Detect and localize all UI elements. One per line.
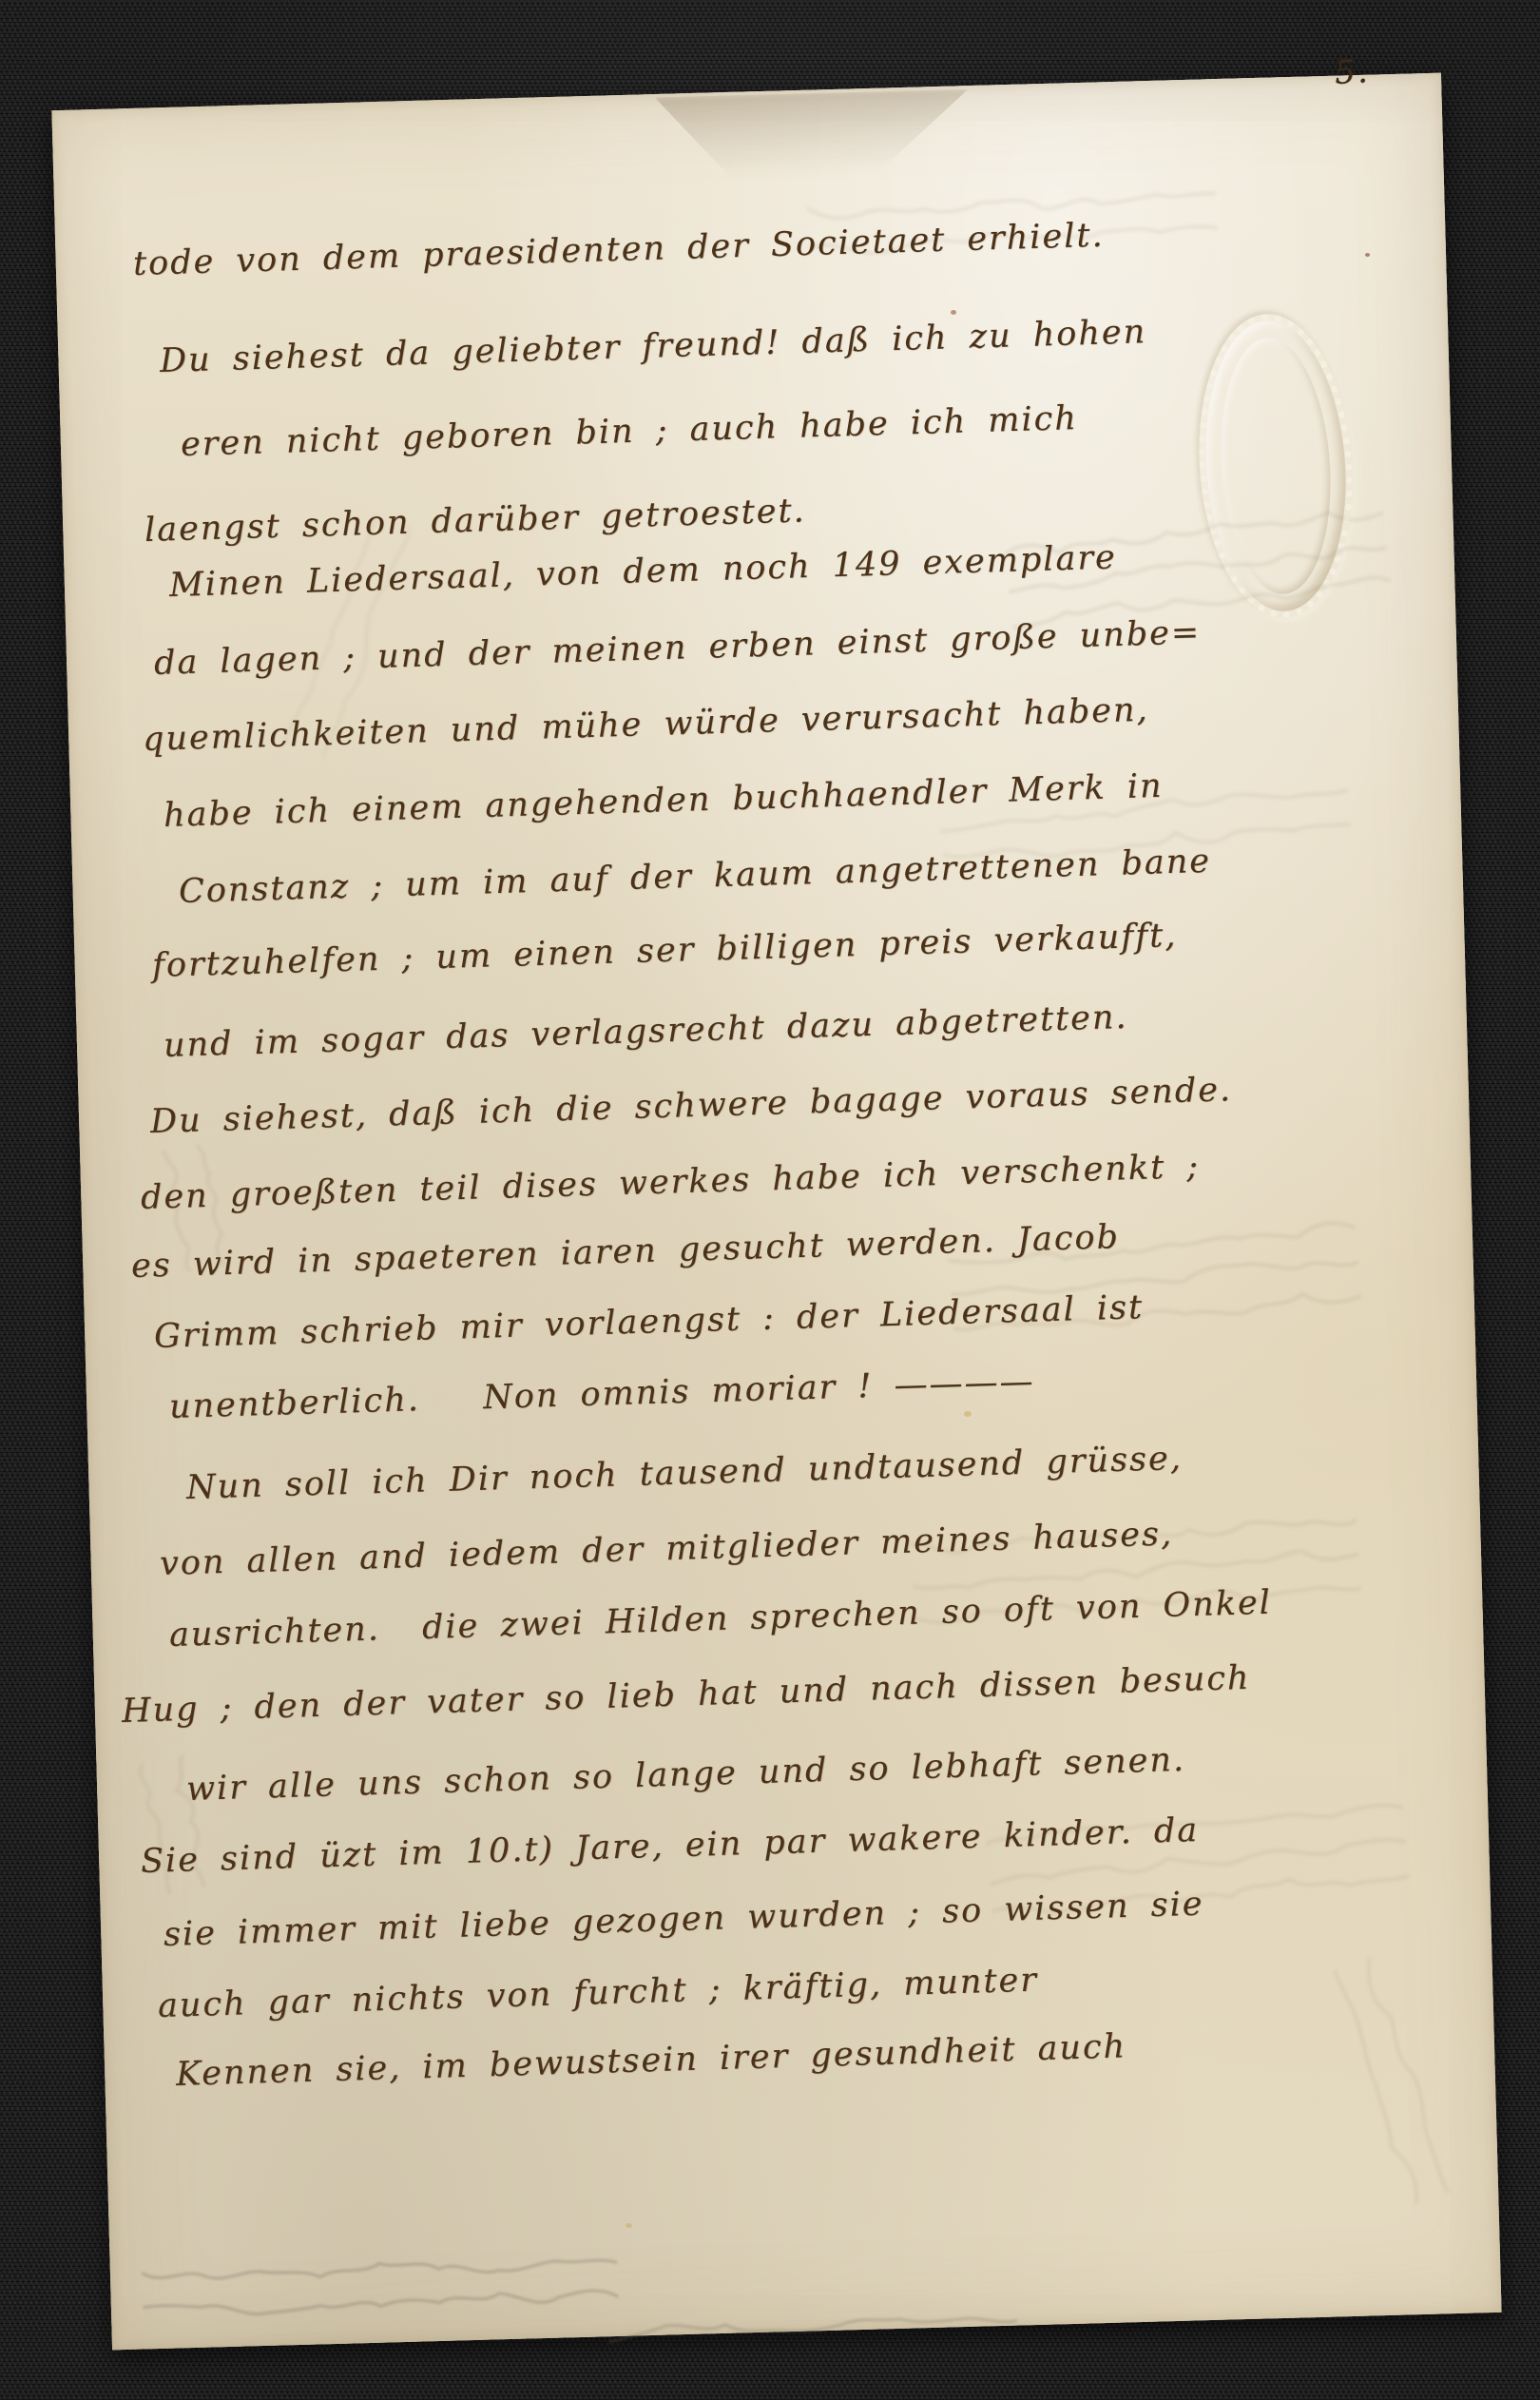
manuscript-line: sie immer mit liebe gezogen wurden ; so … — [163, 1886, 1204, 1954]
manuscript-line: den groeßten teil dises werkes habe ich … — [140, 1148, 1200, 1217]
manuscript-line: Grimm schrieb mir vorlaengst : der Liede… — [153, 1288, 1144, 1356]
manuscript-line: Sie sind üzt im 10.t) Jare, ein par wake… — [140, 1811, 1199, 1881]
manuscript-line: da lagen ; und der meinen erben einst gr… — [153, 613, 1201, 683]
handwriting-layer: 5. tode von dem praesidenten der Societa… — [0, 0, 1540, 2400]
manuscript-line: quemlichkeiten und mühe würde verursacht… — [142, 691, 1149, 759]
manuscript-line: wir alle uns schon so lange und so lebha… — [185, 1741, 1185, 1809]
page-number: 5. — [1334, 52, 1370, 92]
manuscript-line: Kennen sie, im bewustsein irer gesundhei… — [175, 2027, 1126, 2094]
photo-background-fabric: 5. tode von dem praesidenten der Societa… — [0, 0, 1540, 2400]
manuscript-line: Du siehest, daß ich die schwere bagage v… — [149, 1071, 1232, 1141]
manuscript-line: von allen and iedem der mitglieder meine… — [159, 1515, 1173, 1583]
manuscript-line: fortzuhelfen ; um einen ser billigen pre… — [151, 917, 1177, 985]
manuscript-line: Du siehest da geliebter freund! daß ich … — [159, 313, 1146, 380]
manuscript-line: laengst schon darüber getroestet. — [144, 492, 806, 550]
manuscript-line: auch gar nichts von furcht ; kräftig, mu… — [157, 1962, 1038, 2025]
manuscript-line: Constanz ; um im auf der kaum angetrette… — [178, 842, 1211, 911]
manuscript-line: es wird in spaeteren iaren gesucht werde… — [130, 1218, 1120, 1286]
manuscript-line: Hug ; den der vater so lieb hat und nach… — [121, 1659, 1251, 1731]
manuscript-line: habe ich einem angehenden buchhaendler M… — [163, 767, 1164, 835]
manuscript-line: Nun soll ich Dir noch tausend undtausend… — [185, 1440, 1183, 1507]
manuscript-line: Minen Liedersaal, von dem noch 149 exemp… — [168, 538, 1117, 605]
manuscript-line: tode von dem praesidenten der Societaet … — [132, 217, 1105, 283]
manuscript-line: und im sogar das verlagsrecht dazu abget… — [163, 998, 1128, 1065]
manuscript-line: unentberlich. Non omnis moriar ! ———— — [168, 1363, 1035, 1426]
manuscript-line: ausrichten. die zwei Hilden sprechen so … — [168, 1584, 1272, 1655]
manuscript-line: eren nicht geboren bin ; auch habe ich m… — [180, 399, 1078, 464]
